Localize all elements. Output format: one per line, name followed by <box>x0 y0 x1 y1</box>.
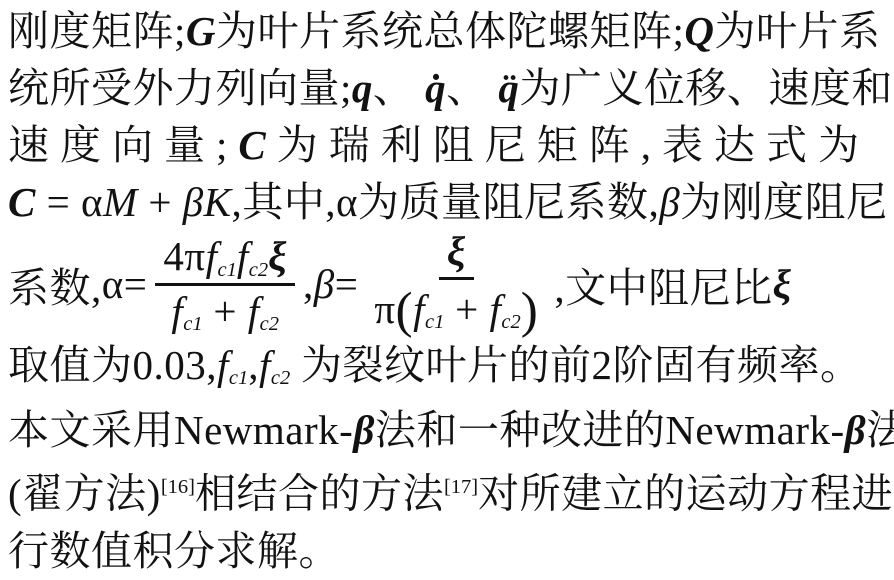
plus-sign: + <box>444 286 489 332</box>
math-var-f: f <box>413 286 425 332</box>
math-var-beta: β <box>845 407 867 453</box>
math-var-f: f <box>489 286 501 332</box>
fraction-alpha: 4πfc1fc2ξfc1 + fc2 <box>155 234 295 333</box>
math-var-f: f <box>237 233 249 279</box>
math-var-xi: ξ <box>447 228 466 274</box>
text-line-2: 统所受外力列向量;q、 q̇、 q̈为广义位移、速度和加 <box>8 60 888 117</box>
math-var-alpha: α <box>336 179 358 225</box>
text-run: 为叶片系统总体陀螺矩阵; <box>216 8 684 54</box>
math-subscript: c1 <box>217 259 236 281</box>
text-run: 、 <box>446 65 498 111</box>
equals-sign: = <box>124 260 148 308</box>
fraction-numerator: 4πfc1fc2ξ <box>155 234 295 285</box>
equals-sign: = <box>335 260 359 308</box>
math-coeff: 4π <box>163 233 205 279</box>
right-paren: ) <box>521 282 539 339</box>
text-run: 对所建立的运动方程进 <box>478 471 893 517</box>
text-run: 为瑞利阻尼矩阵,表达式为 <box>277 122 870 168</box>
text-run: 系数, <box>8 255 102 314</box>
text-run: 刚度矩阵; <box>8 8 186 54</box>
text-line-7: 本文采用Newmark-β法和一种改进的Newmark-β法 <box>8 402 888 459</box>
fraction-denominator: fc1 + fc2 <box>163 286 287 334</box>
math-var-f: f <box>171 288 183 334</box>
math-subscript: c2 <box>249 259 268 281</box>
math-var-beta: β <box>183 179 204 225</box>
math-subscript: c2 <box>501 311 520 333</box>
math-pi: π <box>374 286 395 332</box>
text-run: 取值为0.03, <box>8 342 217 388</box>
math-subscript: c2 <box>260 313 279 335</box>
text-run: 法和一种改进的 <box>375 407 666 453</box>
text-line-9: 行数值积分求解。 <box>8 523 888 580</box>
text-run: 行数值积分求解。 <box>8 528 340 574</box>
math-var-xi: ξ <box>773 260 792 308</box>
math-var-f: f <box>259 342 271 388</box>
math-var-beta: β <box>314 260 335 308</box>
text-run: 为广义位移、速度和加 <box>519 65 894 111</box>
math-var-alpha: α <box>102 260 124 308</box>
formula-line: 系数,α = 4πfc1fc2ξfc1 + fc2, β = ξπ(fc1 + … <box>8 231 888 337</box>
fraction-denominator: π(fc1 + fc2) <box>366 280 546 339</box>
comma: , <box>248 342 259 388</box>
text-line-3: 速度向量;C为瑞利阻尼矩阵,表达式为 <box>8 117 888 174</box>
paper-text-block: 刚度矩阵;G为叶片系统总体陀螺矩阵;Q为叶片系 统所受外力列向量;q、 q̇、 … <box>0 0 894 580</box>
math-var-f: f <box>206 233 218 279</box>
text-run: 速度向量; <box>8 122 238 168</box>
math-subscript: c1 <box>425 311 444 333</box>
math-var-M: M <box>103 179 138 225</box>
citation-ref-16: [16] <box>161 476 195 498</box>
math-var-beta: β <box>353 407 375 453</box>
text-run: 为质量阻尼系数, <box>358 179 659 225</box>
method-name: Newmark- <box>665 407 844 453</box>
text-run: 相结合的方法 <box>195 471 444 517</box>
math-var-f: f <box>248 288 260 334</box>
math-var-q-ddot: q̈ <box>498 65 519 111</box>
math-subscript: c1 <box>183 313 202 335</box>
math-subscript: c2 <box>271 367 290 389</box>
text-run: 统所受外力列向量; <box>8 65 352 111</box>
method-name: Newmark- <box>174 407 353 453</box>
math-subscript: c1 <box>229 367 248 389</box>
text-run: 为裂纹叶片的前2阶固有频率。 <box>290 342 861 388</box>
text-run: (翟方法) <box>8 471 161 517</box>
fraction-beta: ξπ(fc1 + fc2) <box>366 229 546 339</box>
text-line-1: 刚度矩阵;G为叶片系统总体陀螺矩阵;Q为叶片系 <box>8 3 888 60</box>
equals-sign: = <box>36 179 81 225</box>
left-paren: ( <box>396 282 414 339</box>
plus-sign: + <box>203 288 248 334</box>
text-run: ,其中, <box>232 179 337 225</box>
math-var-alpha: α <box>81 179 103 225</box>
math-var-beta: β <box>659 179 680 225</box>
text-line-6: 取值为0.03,fc1,fc2 为裂纹叶片的前2阶固有频率。 <box>8 337 888 402</box>
plus-sign: + <box>138 179 183 225</box>
comma: , <box>303 260 314 308</box>
text-run: 本文采用 <box>8 407 174 453</box>
math-var-G: G <box>186 8 216 54</box>
math-var-f: f <box>217 342 229 388</box>
citation-ref-17: [17] <box>444 476 478 498</box>
text-run: 法 <box>866 407 894 453</box>
math-var-Q: Q <box>684 8 714 54</box>
math-var-C: C <box>8 179 36 225</box>
math-var-xi: ξ <box>268 233 287 279</box>
text-run: 、 <box>373 65 425 111</box>
text-run: ,文中阻尼比 <box>554 255 772 314</box>
text-line-8: (翟方法)[16]相结合的方法[17]对所建立的运动方程进 <box>8 459 888 523</box>
math-var-q-dot: q̇ <box>425 65 446 111</box>
math-var-q: q <box>352 65 373 111</box>
math-var-K: K <box>204 179 232 225</box>
text-run: 为刚度阻尼 <box>680 179 888 225</box>
text-run: 为叶片系 <box>715 8 881 54</box>
text-line-4: C = αM + βK,其中,α为质量阻尼系数,β为刚度阻尼 <box>8 174 888 231</box>
math-var-C: C <box>238 122 276 168</box>
fraction-numerator: ξ <box>439 229 474 280</box>
